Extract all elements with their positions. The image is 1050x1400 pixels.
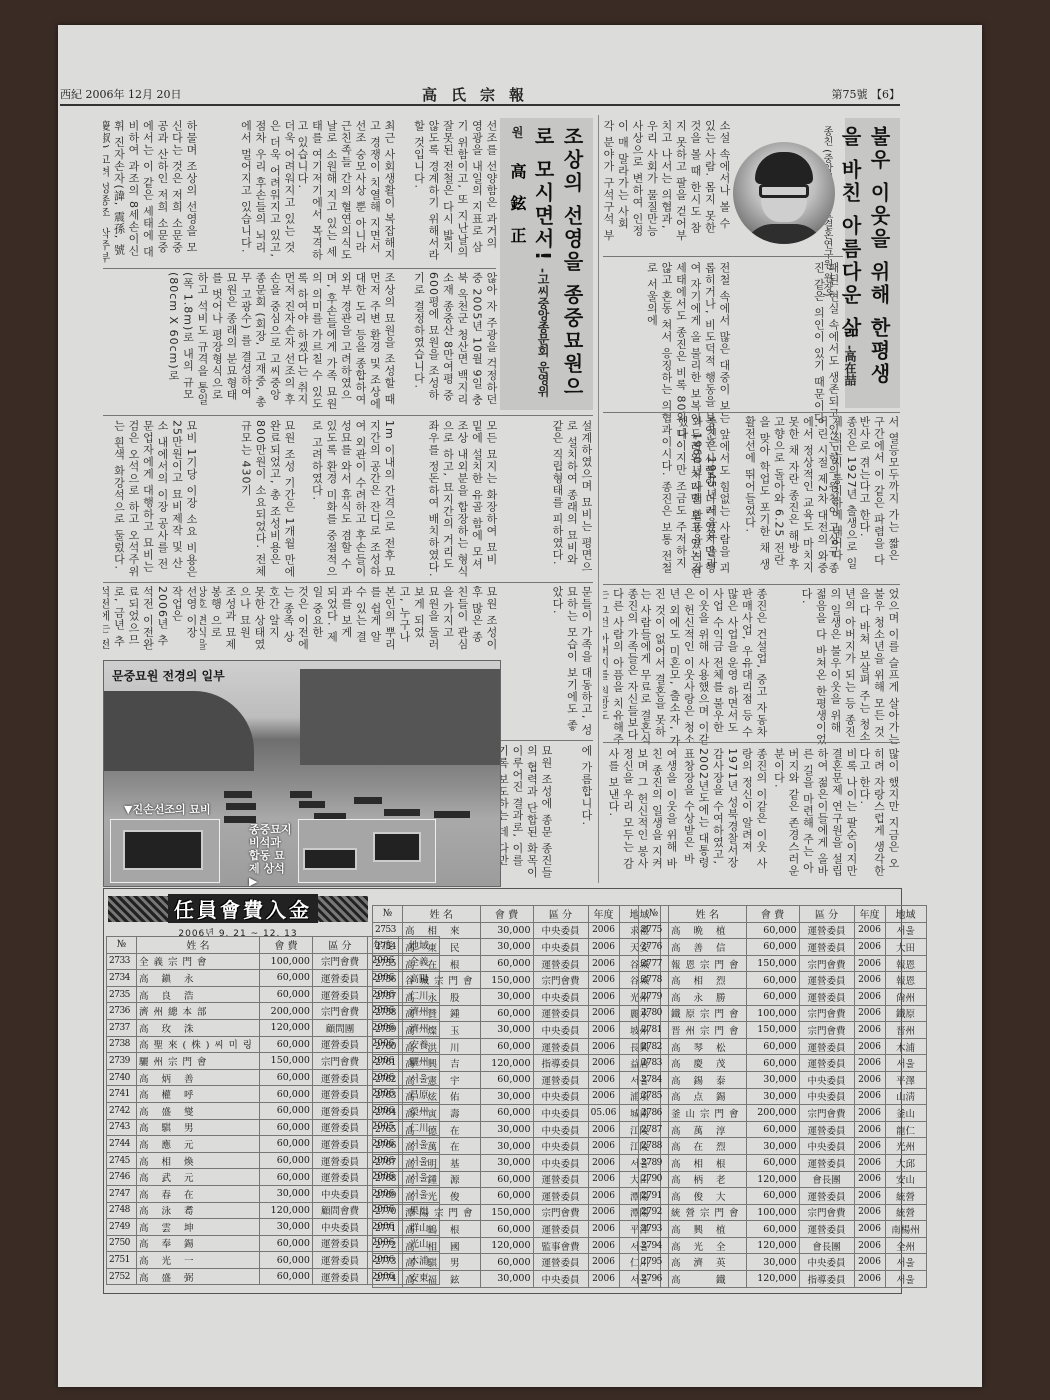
table-cell-yr: 2006 (854, 939, 885, 956)
table-cell-cat: 中央委員 (533, 939, 588, 956)
table-cell-no: 2743 (107, 1119, 137, 1136)
table-cell-no: 2779 (639, 988, 669, 1005)
table-cell-rg: 大邱 (885, 1154, 926, 1171)
table-cell-fee: 60,000 (259, 1252, 312, 1269)
table-cell-rg: 釜山 (885, 1105, 926, 1122)
table-cell-no: 2761 (373, 1055, 403, 1072)
table-cell-fee: 60,000 (746, 972, 799, 989)
article-right-col: 종진은 1927년 출생으로 일제 식민지 통치하에 태어나 어린 시절 제2차… (720, 416, 858, 576)
photo-grave-marker (434, 811, 470, 818)
table-cell-cat: 運營委員 (312, 970, 367, 987)
table-cell-no: 2771 (373, 1221, 403, 1238)
table-cell-nm: 高 洪 川 (403, 1038, 481, 1055)
table-cell-yr: 2006 (588, 939, 619, 956)
table-cell-cat: 宗門會費 (533, 972, 588, 989)
table-cell-nm: 報恩宗門會 (669, 955, 747, 972)
table-cell-fee: 150,000 (746, 1022, 799, 1039)
table-cell-yr: 2006 (854, 1171, 885, 1188)
article-right-col: 었으며 이를 슬프게 살아가는 불우 청소년을 위해 모든 것을 다 바쳐 보살… (770, 588, 900, 748)
table-cell-nm: 高 寅 壽 (403, 1105, 481, 1122)
table-cell-nm: 高 琴 松 (669, 1038, 747, 1055)
table-row: 2757高 永 股30,000中央委員2006光州 (373, 988, 661, 1005)
table-cell-fee: 60,000 (480, 1105, 533, 1122)
table-cell-fee: 60,000 (746, 1121, 799, 1138)
photo-inset-left (110, 819, 220, 883)
divider (103, 268, 496, 269)
table-cell-yr: 2006 (588, 988, 619, 1005)
issue-number: 第75號 【6】 (832, 86, 901, 102)
table-cell-nm: 潭陽宗門會 (403, 1204, 481, 1221)
table-row: 2783高 慶 茂60,000運營委員2006서울 (639, 1055, 927, 1072)
table-cell-nm: 高 興 吉 (403, 1055, 481, 1072)
article-left-col: 묘원 조성에 종문 종진들의 협력과 단합된 화목이 이루어진 결과로, 이를 … (500, 745, 553, 880)
table-cell-cat: 中央委員 (533, 1138, 588, 1155)
table-cell-cat: 運營委員 (312, 1102, 367, 1119)
divider (103, 582, 593, 583)
table-cell-yr: 2006 (854, 1038, 885, 1055)
table-cell-nm: 高 光 一 (137, 1252, 260, 1269)
table-cell-no: 2758 (373, 1005, 403, 1022)
table-cell-fee: 30,000 (480, 1121, 533, 1138)
table-cell-cat: 宗門會費 (312, 1003, 367, 1020)
column-header: 姓 名 (403, 906, 481, 923)
table-cell-fee: 60,000 (480, 955, 533, 972)
table-row: 2767高 明 基30,000中央委員2006서울 (373, 1154, 661, 1171)
table-cell-nm: 高 濟 英 (669, 1254, 747, 1271)
table-cell-fee: 60,000 (259, 986, 312, 1003)
article-left-col: 않아 자 주광을 걱정하던 중 2005년 10월 9일 충북 옥천군 청산면 … (398, 272, 498, 410)
table-cell-rg: 統營 (885, 1188, 926, 1205)
table-cell-yr: 2006 (588, 1038, 619, 1055)
table-cell-yr: 2006 (588, 1055, 619, 1072)
table-cell-no: 2795 (639, 1254, 669, 1271)
table-row: 2766高 萬 在30,000中央委員2006江陵 (373, 1138, 661, 1155)
table-cell-no: 2775 (639, 922, 669, 939)
article-left-col: 최근 사회생활이 복잡해지고 경쟁이 치열해 지면서 선조 숭모사상 뿐 아니라… (298, 120, 396, 265)
table-cell-no: 2796 (639, 1271, 669, 1288)
portrait-suit (743, 224, 825, 244)
table-cell-cat: 中央委員 (312, 1185, 367, 1202)
table-cell-cat: 運營委員 (799, 972, 854, 989)
table-cell-nm: 高 萬 在 (403, 1138, 481, 1155)
table-cell-fee: 60,000 (746, 1188, 799, 1205)
table-cell-no: 2735 (107, 986, 137, 1003)
table-cell-no: 2748 (107, 1202, 137, 1219)
table-cell-cat: 運營委員 (799, 939, 854, 956)
table-row: 2778高 相 烈60,000運營委員2006報恩 (639, 972, 927, 989)
table-cell-cat: 宗門會費 (533, 1204, 588, 1221)
table-cell-nm: 高 在 烈 (669, 1138, 747, 1155)
table-cell-fee: 120,000 (259, 1202, 312, 1219)
table-cell-fee: 30,000 (480, 939, 533, 956)
table-cell-yr: 2006 (854, 1271, 885, 1288)
table-cell-rg: 晋州 (885, 1022, 926, 1039)
table-cell-fee: 60,000 (480, 1005, 533, 1022)
fees-table-2: №姓 名會 費區 分年度地域2753高 相 來30,000中央委員2006求禮2… (372, 905, 661, 1288)
table-cell-cat: 宗門會費 (799, 955, 854, 972)
table-cell-fee: 60,000 (259, 970, 312, 987)
table-cell-fee: 30,000 (259, 1185, 312, 1202)
table-cell-nm: 高 德 在 (403, 1121, 481, 1138)
table-cell-fee: 150,000 (480, 1204, 533, 1221)
table-cell-fee: 60,000 (259, 1102, 312, 1119)
table-cell-cat: 運營委員 (312, 1268, 367, 1285)
table-cell-cat: 中央委員 (533, 1154, 588, 1171)
table-cell-nm: 高 光 全 (669, 1237, 747, 1254)
article-right-col: 많이 했지만 지금은 오히려 자랑스럽게 생각한다고 한다. (860, 748, 900, 878)
table-cell-cat: 運營委員 (312, 986, 367, 1003)
table-cell-rg: 南楊州 (885, 1221, 926, 1238)
table-cell-nm: 驪州宗門會 (137, 1053, 260, 1070)
table-cell-no: 2762 (373, 1071, 403, 1088)
table-row: 2753高 相 來30,000中央委員2006求禮 (373, 922, 661, 939)
column-header: 姓 名 (669, 906, 747, 923)
table-row: 2772高 相 國120,000監事會費2006서울 (373, 1237, 661, 1254)
table-cell-fee: 60,000 (480, 1171, 533, 1188)
table-cell-yr: 2006 (854, 1138, 885, 1155)
table-cell-fee: 60,000 (480, 1221, 533, 1238)
table-cell-fee: 60,000 (746, 939, 799, 956)
table-cell-cat: 中央委員 (533, 1022, 588, 1039)
table-row: 2787高 萬 淳60,000運營委員2006龍仁 (639, 1121, 927, 1138)
table-row: 2793高 興 植60,000運營委員2006南楊州 (639, 1221, 927, 1238)
table-cell-no: 2774 (373, 1271, 403, 1288)
table-cell-yr: 2006 (588, 1138, 619, 1155)
article-left-col: 선조를 선양함은 과거의 영광을 내일의 지표로 삼기 위함이고, 또 지난날의… (398, 120, 498, 265)
table-cell-rg: 統營 (885, 1204, 926, 1221)
table-cell-fee: 30,000 (480, 1088, 533, 1105)
table-cell-nm: 高 憲 宇 (403, 1071, 481, 1088)
table-cell-cat: 運營委員 (533, 1071, 588, 1088)
table-cell-rg: 木浦 (885, 1038, 926, 1055)
table-cell-cat: 指導委員 (533, 1055, 588, 1072)
table-cell-fee: 60,000 (259, 1235, 312, 1252)
table-cell-cat: 中央委員 (533, 1271, 588, 1288)
table-cell-no: 2768 (373, 1171, 403, 1188)
table-cell-nm: 高 炫 佑 (403, 1088, 481, 1105)
table-cell-no: 2739 (107, 1053, 137, 1070)
table-cell-nm: 高 明 基 (403, 1154, 481, 1171)
article-right-col: 종진의 가족들은 자신들보다 다른 사람의 아픔을 치유해주는 그런 아버지를 … (603, 588, 639, 748)
article-left-col: 묘원 조성이후 많은 종친들이 관심을 가지고 묘원을 둘러보게 되었고, 누구… (200, 586, 498, 654)
table-cell-cat: 宗門會費 (799, 1204, 854, 1221)
photo-inset-right (298, 819, 436, 883)
headline-box-left: 조상의 선영을 종중묘원으로 모시면서! -고씨중앙종문회 운영위원 高鉉正 (500, 118, 593, 410)
table-cell-rg: 光州 (885, 1138, 926, 1155)
cemetery-photo: 문중묘원 전경의 일부 ▼진손선조의 묘비 종중묘지 비석과 합동 묘제 상석 … (103, 660, 501, 887)
table-cell-nm: 高 泳 耈 (137, 1202, 260, 1219)
table-cell-no: 2773 (373, 1254, 403, 1271)
portrait-photo (733, 142, 835, 244)
table-cell-nm: 高 在 根 (403, 955, 481, 972)
table-row: 2771高 鶴 根60,000運營委員2006平澤 (373, 1221, 661, 1238)
table-row: 2776高 善 信60,000運營委員2006大田 (639, 939, 927, 956)
table-cell-no: 2785 (639, 1088, 669, 1105)
table-cell-yr: 2006 (588, 1221, 619, 1238)
table-cell-no: 2790 (639, 1171, 669, 1188)
table-cell-cat: 中央委員 (799, 1254, 854, 1271)
photo-label-left: ▼진손선조의 묘비 (124, 803, 211, 816)
table-cell-cat: 中央委員 (799, 1138, 854, 1155)
table-cell-yr: 2006 (588, 1022, 619, 1039)
table-row: 2782高 琴 松60,000運營委員2006木浦 (639, 1038, 927, 1055)
table-cell-nm: 高 武 元 (137, 1169, 260, 1186)
table-cell-yr: 2006 (588, 1088, 619, 1105)
column-header: 年度 (588, 906, 619, 923)
photo-grave-marker (290, 791, 312, 798)
table-cell-cat: 中央委員 (312, 1219, 367, 1236)
table-cell-cat: 運營委員 (312, 1136, 367, 1153)
table-cell-nm: 高 玫 洙 (137, 1019, 260, 1036)
table-cell-fee: 30,000 (746, 1071, 799, 1088)
article-left-col: 먼저 진자손자 선조의 후손을 중심으로 고씨중앙종문회 (회장, 고재중, 총… (103, 272, 296, 410)
table-cell-no: 2755 (373, 955, 403, 972)
table-cell-yr: 05.06 (588, 1105, 619, 1122)
table-cell-no: 2759 (373, 1022, 403, 1039)
column-header: 區 分 (533, 906, 588, 923)
table-cell-cat: 中央委員 (799, 1071, 854, 1088)
column-header: 會 費 (480, 906, 533, 923)
paper-title: 高氏宗報 (60, 84, 900, 105)
table-cell-fee: 60,000 (259, 1119, 312, 1136)
table-row: 2775高 晩 植60,000運營委員2006서울 (639, 922, 927, 939)
table-cell-fee: 60,000 (746, 1154, 799, 1171)
photo-trees-left (104, 691, 254, 771)
table-row: 2795高 濟 英30,000中央委員2006서울 (639, 1254, 927, 1271)
table-cell-nm: 高 点 錫 (669, 1088, 747, 1105)
column-header: № (107, 937, 137, 954)
table-cell-cat: 運營委員 (799, 1154, 854, 1171)
table-row: 2758高 贊 鍾60,000運營委員2006麗水 (373, 1005, 661, 1022)
table-cell-no: 2746 (107, 1169, 137, 1186)
table-cell-yr: 2006 (854, 1221, 885, 1238)
table-cell-cat: 運營委員 (799, 1038, 854, 1055)
table-cell-rg: 서울 (885, 1271, 926, 1288)
fees-table-3: №姓 名會 費區 分年度地域2775高 晩 植60,000運營委員2006서울2… (638, 905, 927, 1288)
table-cell-fee: 60,000 (480, 1188, 533, 1205)
table-cell-no: 2749 (107, 1219, 137, 1236)
table-cell-no: 2765 (373, 1121, 403, 1138)
table-cell-nm: 高 錫 泰 (669, 1071, 747, 1088)
table-cell-nm: 高 相 煥 (137, 1152, 260, 1169)
table-cell-fee: 60,000 (746, 1038, 799, 1055)
table-cell-no: 2793 (639, 1221, 669, 1238)
table-cell-cat: 運營委員 (533, 955, 588, 972)
table-cell-fee: 60,000 (259, 1136, 312, 1153)
table-cell-no: 2780 (639, 1005, 669, 1022)
table-cell-no: 2736 (107, 1003, 137, 1020)
table-cell-no: 2772 (373, 1237, 403, 1254)
table-cell-cat: 運營委員 (533, 1254, 588, 1271)
table-cell-fee: 30,000 (746, 1138, 799, 1155)
table-cell-fee: 60,000 (259, 1152, 312, 1169)
table-cell-nm: 高 雲 坤 (137, 1219, 260, 1236)
table-row: 2765高 德 在30,000中央委員2006江陵 (373, 1121, 661, 1138)
table-cell-cat: 中央委員 (533, 988, 588, 1005)
table-cell-no: 2792 (639, 1204, 669, 1221)
table-cell-cat: 運營委員 (799, 1055, 854, 1072)
table-row: 2777報恩宗門會150,000宗門會費2006報恩 (639, 955, 927, 972)
table-cell-no: 2760 (373, 1038, 403, 1055)
table-cell-cat: 運營委員 (312, 1152, 367, 1169)
table-row: 2756谷城宗門會150,000宗門會費2006谷城 (373, 972, 661, 989)
photo-label-right: 종중묘지 비석과 합동 묘제 상석 ▶ (249, 823, 293, 887)
table-cell-nm: 高 相 國 (403, 1237, 481, 1254)
table-cell-no: 2744 (107, 1136, 137, 1153)
byline-right-name: -高在喆 (843, 345, 857, 386)
table-cell-nm: 高 騏 男 (403, 1254, 481, 1271)
table-cell-cat: 運營委員 (533, 1221, 588, 1238)
table-cell-rg: 報恩 (885, 955, 926, 972)
table-cell-nm: 統營宗門會 (669, 1204, 747, 1221)
table-row: 2759高 燦 玉30,000中央委員2006坡州 (373, 1022, 661, 1039)
table-row: 2761高 興 吉120,000指導委員2006益唐 (373, 1055, 661, 1072)
table-cell-yr: 2006 (588, 1121, 619, 1138)
table-cell-cat: 運營委員 (533, 1188, 588, 1205)
table-header-row: №姓 名會 費區 分年度地域 (639, 906, 927, 923)
table-cell-cat: 運營委員 (799, 922, 854, 939)
table-row: 2773高 騏 男60,000運營委員2006仁川 (373, 1254, 661, 1271)
table-cell-no: 2763 (373, 1088, 403, 1105)
table-cell-rg: 平澤 (885, 1071, 926, 1088)
table-cell-cat: 宗門會費 (799, 1022, 854, 1039)
portrait-hair (755, 152, 813, 184)
table-cell-nm: 高 盛 弼 (137, 1268, 260, 1285)
table-cell-fee: 30,000 (746, 1088, 799, 1105)
table-cell-cat: 運營委員 (312, 1169, 367, 1186)
table-cell-nm: 高聖來(株)씨미링 (137, 1036, 260, 1053)
table-cell-no: 2767 (373, 1154, 403, 1171)
tombstone (373, 832, 421, 862)
table-cell-yr: 2006 (854, 1055, 885, 1072)
table-cell-no: 2740 (107, 1069, 137, 1086)
table-cell-fee: 120,000 (746, 1271, 799, 1288)
table-cell-fee: 60,000 (259, 1268, 312, 1285)
table-cell-fee: 30,000 (480, 1138, 533, 1155)
table-cell-yr: 2006 (854, 1022, 885, 1039)
table-cell-nm: 晋州宗門會 (669, 1022, 747, 1039)
table-cell-fee: 60,000 (746, 988, 799, 1005)
altar-stone (303, 848, 357, 870)
table-cell-no: 2742 (107, 1102, 137, 1119)
table-cell-no: 2764 (373, 1105, 403, 1122)
article-left-col: 조상의 묘원을 조성할 때 먼저 주변 환경 및 조상에 대한 도리 등을 종합… (298, 272, 396, 410)
table-cell-nm: 高 騏 男 (137, 1119, 260, 1136)
table-cell-yr: 2006 (588, 1204, 619, 1221)
table-cell-nm: 高 春 在 (137, 1185, 260, 1202)
table-cell-rg: 서울 (885, 1254, 926, 1271)
table-cell-fee: 60,000 (746, 1055, 799, 1072)
table-cell-nm: 高 鎭 永 (137, 970, 260, 987)
table-cell-fee: 30,000 (259, 1219, 312, 1236)
table-cell-cat: 中央委員 (533, 1105, 588, 1122)
table-cell-fee: 150,000 (746, 955, 799, 972)
table-cell-rg: 報恩 (885, 972, 926, 989)
column-header: 年度 (854, 906, 885, 923)
table-cell-nm: 高 柄 老 (669, 1171, 747, 1188)
table-cell-nm: 高 永 股 (403, 988, 481, 1005)
table-cell-cat: 運營委員 (533, 1038, 588, 1055)
column-header: 會 費 (259, 937, 312, 954)
column-header: 區 分 (312, 937, 367, 954)
table-cell-yr: 2006 (854, 1088, 885, 1105)
table-cell-fee: 120,000 (259, 1019, 312, 1036)
photo-caption: 문중묘원 전경의 일부 (112, 667, 225, 684)
article-right-col: 종진은 1945년 서울로 올라와 1960년 사회 활동을 시작했다. (603, 416, 718, 576)
table-cell-nm: 高 福 鉉 (403, 1271, 481, 1288)
table-cell-fee: 100,000 (259, 953, 312, 970)
table-cell-yr: 2006 (854, 1154, 885, 1171)
article-right-col: 종진은 건설업, 중고 자동차 판매사업, 우유대리점 등 수많은 사업을 운영… (640, 588, 768, 748)
divider (603, 584, 900, 585)
article-right-col: 서 열등모두까지 가는 짧은 구간에서 이 같은 파렴을 다반사로 겪는다고 한… (860, 416, 900, 576)
table-cell-no: 2781 (639, 1022, 669, 1039)
table-cell-no: 2787 (639, 1121, 669, 1138)
table-cell-fee: 60,000 (259, 1069, 312, 1086)
table-cell-rg: 鐵原 (885, 1005, 926, 1022)
table-row: 2764高 寅 壽60,000中央委員05.06城南 (373, 1105, 661, 1122)
table-cell-cat: 宗門會費 (799, 1005, 854, 1022)
fees-banner: 任員會費入金 (108, 896, 368, 922)
article-right-col: 비록 나이는 팔순이지만 결혼문제 연구원을 설립하여 젊은이들에게 올바른 길… (770, 748, 858, 878)
table-cell-fee: 100,000 (746, 1005, 799, 1022)
table-cell-no: 2791 (639, 1188, 669, 1205)
table-cell-fee: 100,000 (746, 1204, 799, 1221)
column-header: 會 費 (746, 906, 799, 923)
table-cell-cat: 運營委員 (799, 1221, 854, 1238)
fees-title: 任員會費入金 (168, 894, 318, 923)
divider (603, 256, 843, 257)
article-left-col: 선영 이장 작업은 2006년 추석전 이전완료되었으므로, 금년 추석전에는 … (103, 586, 198, 654)
article-left-col: 더욱 어려워지고 있는 것은 더욱 어려워지고 있고, 점차 우리 후손들의 뇌… (200, 120, 296, 265)
table-cell-fee: 30,000 (480, 922, 533, 939)
photo-grave-marker (226, 803, 256, 810)
table-cell-no: 2769 (373, 1188, 403, 1205)
table-cell-yr: 2006 (854, 1071, 885, 1088)
table-cell-cat: 運營委員 (799, 1121, 854, 1138)
table-cell-no: 2753 (373, 922, 403, 939)
table-cell-nm: 高 贊 鍾 (403, 1005, 481, 1022)
table-row: 2794高 光 全120,000會長團2006全州 (639, 1237, 927, 1254)
table-cell-cat: 宗門會費 (312, 1053, 367, 1070)
table-cell-cat: 運營委員 (799, 1188, 854, 1205)
table-cell-nm: 高 慶 茂 (669, 1055, 747, 1072)
table-cell-yr: 2006 (854, 955, 885, 972)
table-cell-no: 2784 (639, 1071, 669, 1088)
column-divider (598, 115, 599, 883)
table-cell-yr: 2006 (588, 922, 619, 939)
table-row: 2780鐵原宗門會100,000宗門會費2006鐵原 (639, 1005, 927, 1022)
table-cell-no: 2776 (639, 939, 669, 956)
table-cell-yr: 2006 (854, 972, 885, 989)
divider (603, 412, 900, 413)
table-cell-yr: 2006 (854, 1105, 885, 1122)
photo-grave-marker (384, 809, 420, 816)
table-row: 2770潭陽宗門會150,000宗門會費2006潭陽 (373, 1204, 661, 1221)
table-cell-rg: 龍仁 (885, 1121, 926, 1138)
table-row: 2796高 鐵120,000指導委員2006서울 (639, 1271, 927, 1288)
table-cell-cat: 會長團 (799, 1171, 854, 1188)
byline-left-name: 高鉉正 (508, 163, 527, 259)
table-cell-fee: 60,000 (259, 1036, 312, 1053)
photo-trees-right (300, 669, 500, 765)
table-cell-cat: 顧問團 (312, 1019, 367, 1036)
table-cell-no: 2757 (373, 988, 403, 1005)
table-cell-nm: 高 相 來 (403, 922, 481, 939)
table-cell-fee: 60,000 (259, 1169, 312, 1186)
table-cell-yr: 2006 (588, 1254, 619, 1271)
table-cell-no: 2754 (373, 939, 403, 956)
